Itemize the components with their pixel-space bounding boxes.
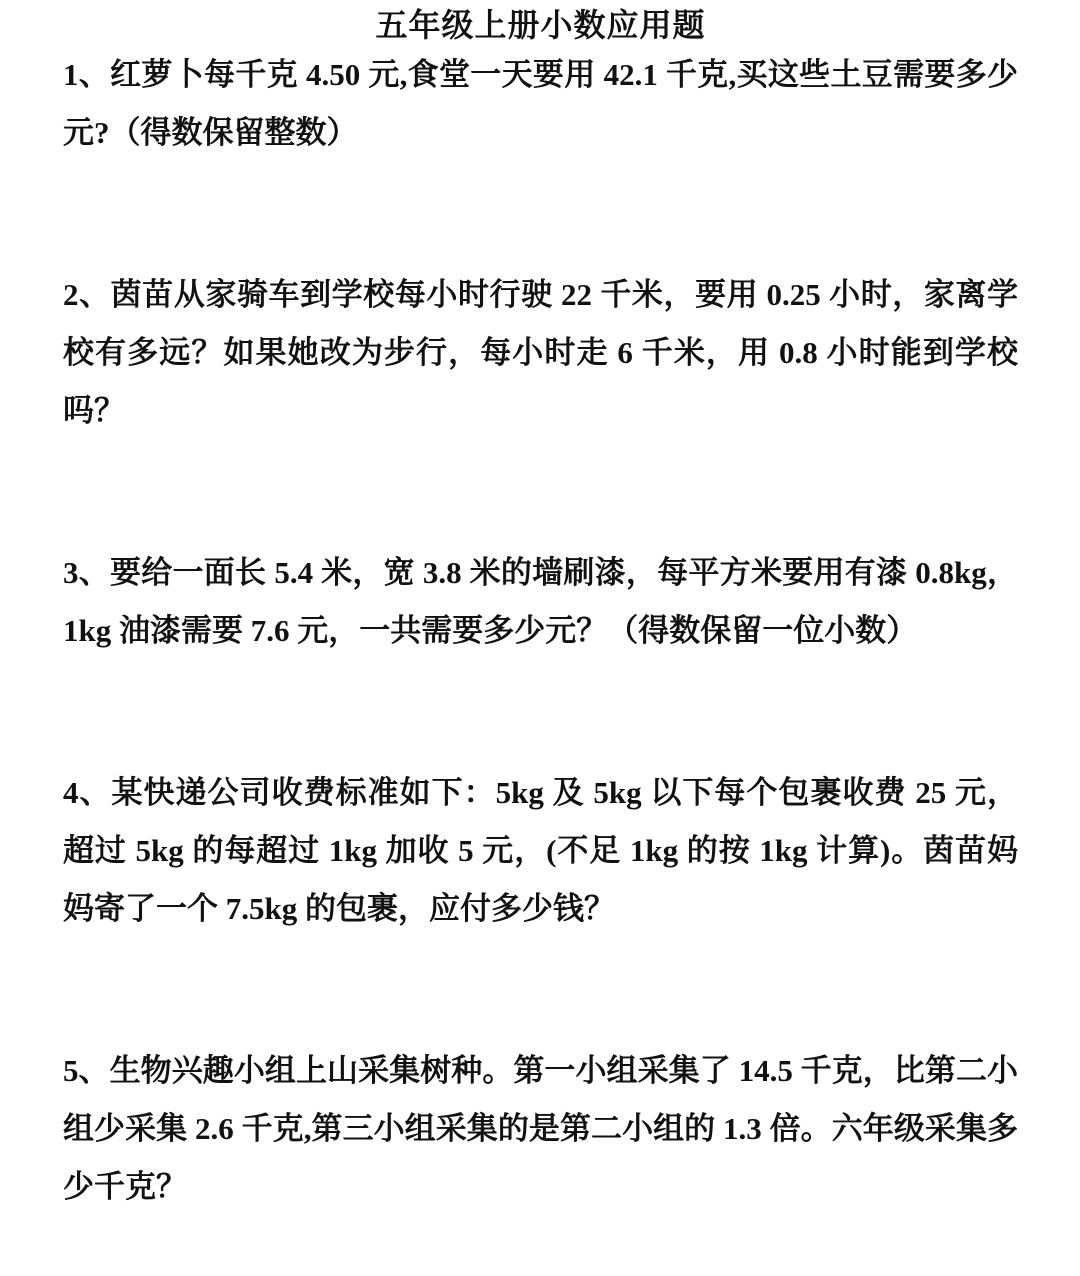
- problem-item-4: 4、某快递公司收费标准如下：5kg 及 5kg 以下每个包裹收费 25 元，超过…: [63, 764, 1018, 938]
- worksheet-page: 五年级上册小数应用题 1、红萝卜每千克 4.50 元,食堂一天要用 42.1 千…: [0, 0, 1080, 1276]
- problem-item-5: 5、生物兴趣小组上山采集树种。第一小组采集了 14.5 千克，比第二小组少采集 …: [63, 1042, 1018, 1216]
- problem-item-1: 1、红萝卜每千克 4.50 元,食堂一天要用 42.1 千克,买这些土豆需要多少…: [63, 46, 1018, 162]
- page-title: 五年级上册小数应用题: [63, 4, 1018, 46]
- problem-item-3: 3、要给一面长 5.4 米，宽 3.8 米的墙刷漆，每平方米要用有漆 0.8kg…: [63, 544, 1018, 660]
- problem-item-2: 2、茵苗从家骑车到学校每小时行驶 22 千米，要用 0.25 小时，家离学校有多…: [63, 266, 1018, 440]
